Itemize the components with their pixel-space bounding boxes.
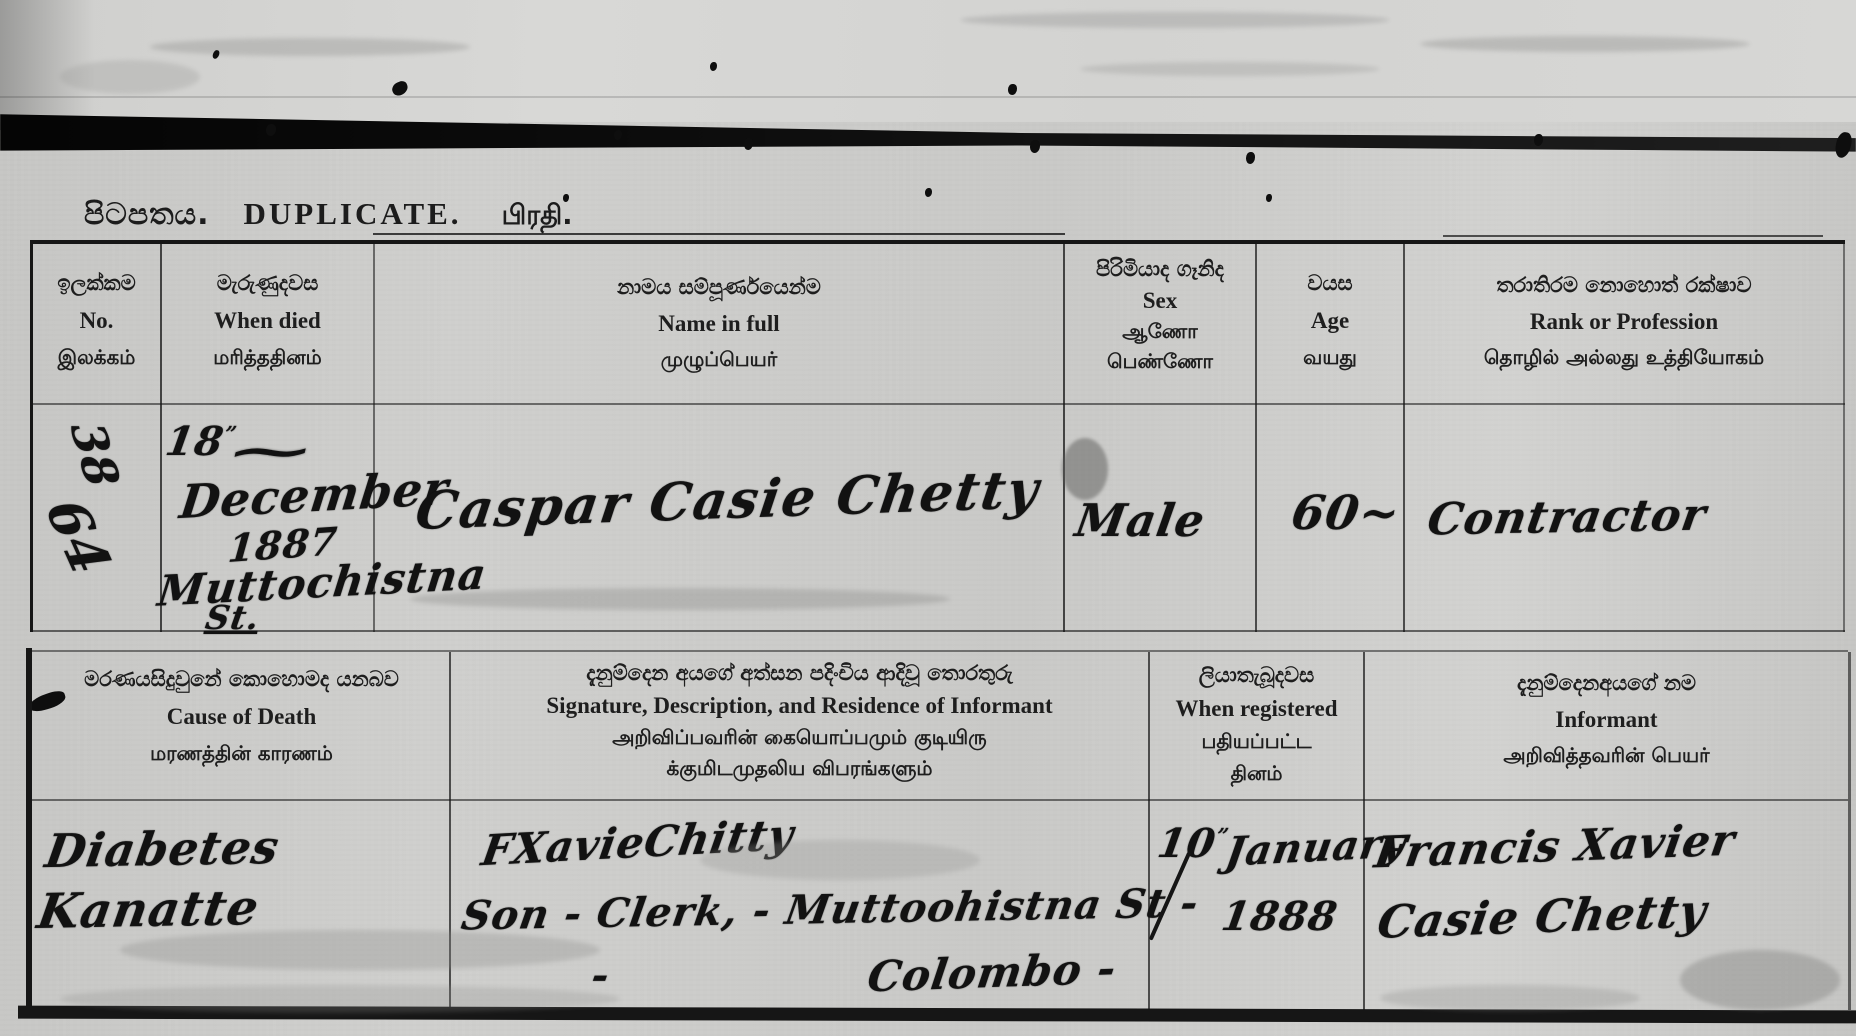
header-no-english: No.	[80, 308, 114, 333]
ink-speck	[1030, 140, 1040, 153]
ink-speck	[1246, 152, 1255, 164]
ghost-text-smudge	[960, 12, 1390, 28]
header-sex-tamil-line1: ஆணோ	[1122, 320, 1197, 343]
header-registered-tamil-line2: தினம்	[1231, 762, 1283, 785]
entry-informant-name-line1: Francis Xavier	[1371, 816, 1739, 879]
header-cause-tamil: மரணத்தின் காரணம்	[150, 742, 333, 765]
table1-border-top	[30, 240, 1845, 244]
ghost-text-smudge	[410, 588, 950, 610]
fold-line	[0, 96, 1856, 98]
title-english: DUPLICATE.	[244, 196, 462, 231]
entry-cause-line1: Diabetes	[42, 820, 284, 878]
header-sex-tamil-line2: பெண்ணோ	[1107, 350, 1213, 373]
entry-died-place-suffix: St.	[203, 598, 263, 637]
entry-registered-day: 10”	[1154, 820, 1231, 867]
col-header-cause-of-death: මරණයසිදුවුනේ කොහොමද යනබව Cause of Death …	[34, 655, 449, 811]
ghost-text-smudge	[60, 985, 620, 1013]
ghost-text-smudge	[120, 930, 600, 970]
header-age-tamil: வயது	[1303, 346, 1357, 369]
header-name-english: Name in full	[658, 311, 779, 336]
entry-informant-residence: Colombo -	[865, 944, 1120, 1002]
ghost-text-smudge	[1380, 985, 1640, 1011]
ghost-text-smudge	[1080, 62, 1380, 76]
ink-smudge	[1062, 438, 1108, 500]
col-header-rank: තරාතිරම නොහොත් රක්ෂාව Rank or Profession…	[1405, 245, 1843, 431]
col-header-no: ඉලක්කම No. இலக்கம்	[33, 245, 160, 429]
table1-border-bottom	[30, 630, 1845, 632]
header-signature-tamil-line2: க்குமிடமுதலிய விபரங்களும்	[667, 757, 933, 780]
entry-cause-line2: Kanatte	[34, 880, 264, 940]
col-header-informant: දැනුම්දෙනඅයගේ නම Informant அறிவித்தவரின்…	[1365, 655, 1848, 815]
col-header-age: වයස Age வயது	[1257, 245, 1403, 429]
table2-border-top	[30, 650, 1848, 652]
header-no-tamil: இலக்கம்	[58, 346, 136, 369]
entry-name: Caspar Casie Chetty	[412, 459, 1044, 542]
ink-speck	[925, 188, 932, 197]
title-tamil: பிரதி.	[502, 200, 573, 231]
header-informant-english: Informant	[1555, 707, 1657, 732]
entry-age: 60~	[1288, 486, 1405, 541]
header-age-english: Age	[1311, 308, 1349, 333]
table1-top-rule-segment	[1443, 235, 1823, 237]
col-header-when-registered: ලියාතැබූදවස When registered பதியப்பட்ட த…	[1150, 655, 1363, 807]
header-sex-sinhala: පිරිමියාද ගෑනිද	[1096, 257, 1224, 281]
col-header-sex: පිරිමියාද ගෑනිද Sex ஆணோ பெண்ணோ	[1065, 245, 1255, 415]
ghost-text-smudge	[1680, 950, 1840, 1010]
header-rank-sinhala: තරාතිරම නොහොත් රක්ෂාව	[1496, 273, 1751, 297]
header-when-died-sinhala: මැරුණුදවස	[217, 271, 319, 295]
table1-border-right	[1843, 242, 1845, 632]
entry-sex: Male	[1072, 494, 1209, 547]
col-header-when-died: මැරුණුදවස When died மரித்ததினம்	[162, 245, 373, 429]
entry-rank: Contractor	[1424, 489, 1710, 545]
header-age-sinhala: වයස	[1307, 271, 1352, 295]
ink-speck	[744, 138, 753, 150]
entry-number-upper: 38	[59, 419, 131, 492]
header-name-tamil: முழுப்பெயர்	[661, 348, 778, 371]
ghost-text-smudge	[60, 60, 200, 94]
table1-top-rule-segment	[373, 233, 1065, 235]
header-rank-english: Rank or Profession	[1530, 309, 1718, 334]
ghost-text-smudge	[700, 840, 980, 880]
header-registered-sinhala: ලියාතැබූදවස	[1199, 663, 1314, 687]
header-no-sinhala: ඉලක්කම	[57, 271, 135, 295]
header-sex-english: Sex	[1143, 288, 1178, 313]
header-when-died-english: When died	[214, 308, 321, 333]
col-header-name: නාමය සම්පූර්ණයෙන්ම Name in full முழுப்பெ…	[375, 245, 1063, 433]
ink-speck	[1834, 131, 1853, 159]
ink-speck	[1266, 194, 1272, 202]
header-informant-tamil: அறிவித்தவரின் பெயர்	[1503, 744, 1709, 767]
entry-informant-name-line2: Casie Chetty	[1374, 884, 1711, 949]
header-informant-sinhala: දැනුම්දෙනඅයගේ නම	[1517, 671, 1696, 695]
header-name-sinhala: නාමය සම්පූර්ණයෙන්ම	[617, 275, 821, 299]
entry-registered-year: 1888	[1218, 893, 1341, 940]
header-signature-sinhala: දැනුම්දෙන අයගේ අත්සන පදිංචිය ආදිවූ තොරතු…	[586, 661, 1013, 685]
col-header-informant-signature: දැනුම්දෙන අයගේ අත්සන පදිංචිය ආදිවූ තොරතු…	[451, 655, 1148, 805]
header-when-died-tamil: மரித்ததினம்	[213, 346, 321, 369]
page-top-edge	[0, 0, 1856, 122]
header-signature-tamil-line1: அறிவிப்பவரின் கையொப்பமும் குடியிரு	[612, 726, 986, 749]
entry-informant-description: Son - Clerk, - Muttoohistna St -	[458, 880, 1202, 940]
header-registered-english: When registered	[1175, 696, 1337, 721]
header-cause-english: Cause of Death	[167, 704, 317, 729]
table2-border-left	[26, 648, 32, 1016]
header-rank-tamil: தொழில் அல்லது உத்தியோகம்	[1484, 346, 1764, 369]
scanned-death-register-duplicate: පිටපතය.DUPLICATE.பிரதி. ඉලක්කම No. இலக்க…	[0, 0, 1856, 1036]
table2-border-right	[1848, 652, 1851, 1010]
entry-number-lower: 64	[32, 492, 125, 582]
header-cause-sinhala: මරණයසිදුවුනේ කොහොමද යනබව	[84, 667, 399, 691]
ghost-text-smudge	[1420, 36, 1750, 52]
header-signature-english: Signature, Description, and Residence of…	[546, 693, 1052, 718]
entry-died-place: Muttochistna	[155, 549, 489, 616]
document-title: පිටපතය.DUPLICATE.பிரதி.	[84, 196, 573, 235]
header-registered-tamil-line1: பதியப்பட்ட	[1201, 730, 1311, 753]
ghost-text-smudge	[150, 38, 470, 56]
title-sinhala: පිටපතය.	[84, 197, 210, 232]
